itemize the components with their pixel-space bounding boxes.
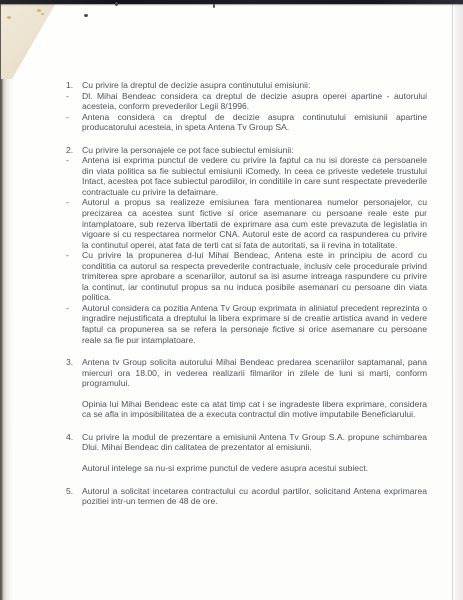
item-number: 4. xyxy=(66,432,82,474)
paragraph: Autorul intelege sa nu-si exprime punctu… xyxy=(82,463,427,474)
scan-speck xyxy=(37,9,41,12)
bullet-dash: - xyxy=(66,303,82,345)
scanner-top-edge xyxy=(0,0,463,4)
item-heading: Cu privire la dreptul de decizie asupra … xyxy=(82,80,427,91)
page-corner-fold xyxy=(1,3,56,79)
bullet-text: Autorul considera ca pozitia Antena Tv G… xyxy=(82,303,427,345)
item-heading: Antena tv Group solicita autorului Mihai… xyxy=(82,357,427,389)
bullet-dash: - xyxy=(66,250,82,303)
bullet-item: - Dl. Mihai Bendeac considera ca dreptul… xyxy=(66,91,427,112)
item-number: 5. xyxy=(66,486,82,507)
bullet-item: - Autorul considera ca pozitia Antena Tv… xyxy=(66,303,427,345)
scanned-page: 1. Cu privire la dreptul de decizie asup… xyxy=(0,0,463,600)
list-item-2: 2. Cu privire la personajele ce pot face… xyxy=(66,145,427,345)
bullet-text: Antena isi exprima punctul de vedere cu … xyxy=(82,155,427,197)
scan-speck xyxy=(213,4,215,8)
bullet-item: - Antena isi exprima punctul de vedere c… xyxy=(66,155,427,197)
bullet-text: Antena considera ca dreptul de decizie a… xyxy=(82,112,427,133)
left-page-edge xyxy=(0,0,14,600)
item-heading: Cu privire la modul de prezentare a emis… xyxy=(82,432,427,453)
paragraph: Opinia lui Mihai Bendeac este ca atat ti… xyxy=(82,399,427,420)
list-item-5: 5. Autorul a solicitat incetarea contrac… xyxy=(66,486,427,507)
scan-speck xyxy=(84,14,88,17)
bullet-text: Cu privire la propunerea d-lui Mihai Ben… xyxy=(82,250,427,303)
bullet-dash: - xyxy=(66,197,82,250)
item-number: 3. xyxy=(66,357,82,420)
bullet-text: Autorul a propus sa realizeze emisiunea … xyxy=(82,197,427,250)
bullet-item: - Autorul a propus sa realizeze emisiune… xyxy=(66,197,427,250)
right-page-edge xyxy=(452,0,463,600)
bullet-dash: - xyxy=(66,112,82,133)
list-item-1: 1. Cu privire la dreptul de decizie asup… xyxy=(66,80,427,133)
list-item-4: 4. Cu privire la modul de prezentare a e… xyxy=(66,432,427,474)
scan-speck xyxy=(7,16,11,19)
scan-speck xyxy=(41,13,44,15)
item-heading: Autorul a solicitat incetarea contractul… xyxy=(82,486,427,507)
bullet-text: Dl. Mihai Bendeac considera ca dreptul d… xyxy=(82,91,427,112)
item-heading: Cu privire la personajele ce pot face su… xyxy=(82,145,427,156)
bullet-item: - Antena considera ca dreptul de decizie… xyxy=(66,112,427,133)
scan-speck xyxy=(115,2,118,6)
document-body: 1. Cu privire la dreptul de decizie asup… xyxy=(66,80,427,519)
bullet-item: - Cu privire la propunerea d-lui Mihai B… xyxy=(66,250,427,303)
list-item-3: 3. Antena tv Group solicita autorului Mi… xyxy=(66,357,427,420)
bullet-dash: - xyxy=(66,91,82,112)
bullet-dash: - xyxy=(66,155,82,197)
